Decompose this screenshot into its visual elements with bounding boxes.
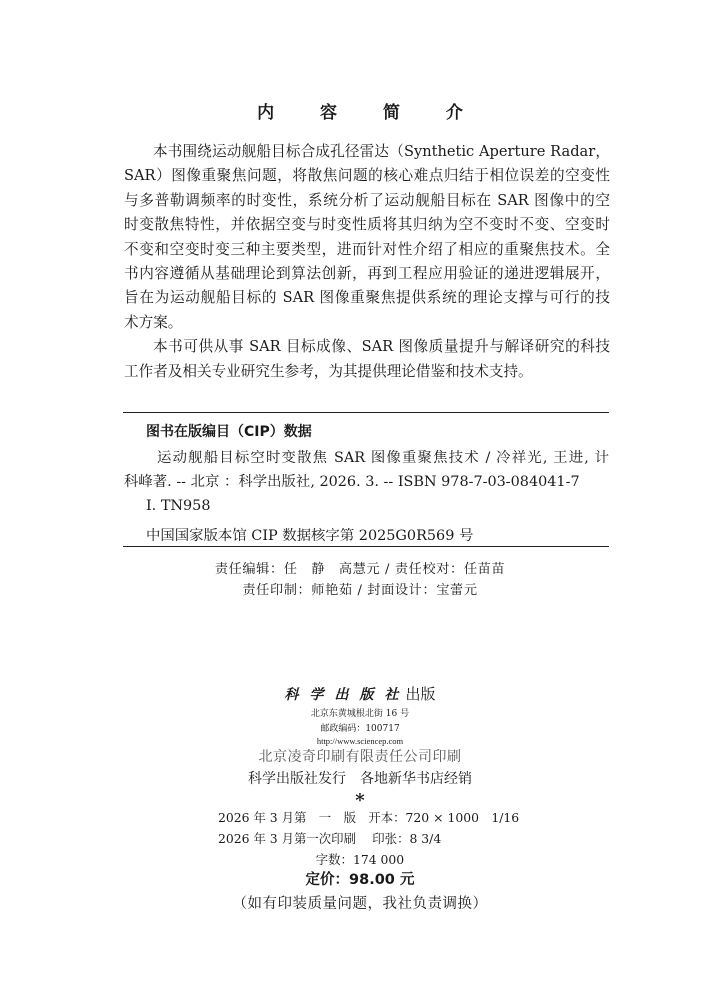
printer: 北京凌奇印刷有限责任公司印刷 [0, 746, 720, 766]
publisher-logo: 科学出版社 [284, 687, 409, 703]
summary-line: 与多普勒调频率的时变性，系统分析了运动舰船目标在 SAR 图像中的空 [124, 189, 610, 213]
summary-paragraph-2: 本书可供从事 SAR 目标成像、SAR 图像质量提升与解译研究的科技 工作者及相… [124, 335, 610, 384]
price: 定价：98.00 元 [0, 868, 720, 889]
summary-line: SAR）图像重聚焦问题，将散焦问题的核心难点归结于相位误差的空变性 [124, 164, 610, 188]
publisher-line: 科学出版社出版 [0, 683, 720, 704]
cip-top-rule [123, 412, 609, 413]
publisher-url[interactable]: http://www.sciencep.com [0, 736, 720, 746]
cip-entry-line-2: 科峰著. -- 北京 ：科学出版社, 2026. 3. -- ISBN 978-… [124, 470, 580, 491]
summary-line: 本书围绕运动舰船目标合成孔径雷达（Synthetic Aperture Rada… [124, 140, 610, 164]
cip-number: 中国国家版本馆 CIP 数据核字第 2025G0R569 号 [146, 524, 473, 545]
print-line: 2026 年 3 月第一次印刷 印张：8 3/4 [218, 829, 441, 847]
publisher-address: 北京东黄城根北街 16 号 [0, 706, 720, 719]
cip-bottom-rule [123, 546, 609, 547]
responsible-printing-design: 责任印制：师艳茹 / 封面设计：宝蕾元 [0, 579, 720, 598]
edition-line: 2026 年 3 月第 一 版 开本：720 × 1000 1/16 [218, 808, 519, 826]
quality-note: （如有印装质量问题，我社负责调换） [0, 892, 720, 913]
summary-body: 本书围绕运动舰船目标合成孔径雷达（Synthetic Aperture Rada… [124, 140, 610, 384]
distribution: 科学出版社发行 各地新华书店经销 [0, 768, 720, 788]
summary-line: 工作者及相关专业研究生参考，为其提供理论借鉴和技术支持。 [124, 360, 610, 384]
summary-line: 不变和空变时变三种主要类型，进而针对性介绍了相应的重聚焦技术。全 [124, 238, 610, 262]
cip-entry: 运动舰船目标空时变散焦 SAR 图像重聚焦技术 / 冷祥光, 王进, 计 [157, 446, 609, 467]
word-count: 字数：174 000 [0, 850, 720, 868]
responsible-editors: 责任编辑：任 静 高慧元 / 责任校对：任苗苗 [0, 558, 720, 577]
cip-heading: 图书在版编目（CIP）数据 [146, 421, 312, 441]
summary-paragraph-1: 本书围绕运动舰船目标合成孔径雷达（Synthetic Aperture Rada… [124, 140, 610, 335]
summary-line: 术方案。 [124, 311, 610, 335]
cip-classification: Ⅰ. TN958 [146, 498, 211, 514]
publisher-suffix: 出版 [405, 685, 435, 703]
cip-entry-line-1: 运动舰船目标空时变散焦 SAR 图像重聚焦技术 / 冷祥光, 王进, 计 [157, 446, 609, 467]
summary-line: 本书可供从事 SAR 目标成像、SAR 图像质量提升与解译研究的科技 [124, 335, 610, 359]
copyright-page: 内 容 简 介 本书围绕运动舰船目标合成孔径雷达（Synthetic Apert… [0, 0, 720, 1000]
summary-title: 内 容 简 介 [0, 98, 720, 123]
summary-line: 时变散焦特性，并依据空变与时变性质将其归纳为空不变时不变、空变时 [124, 213, 610, 237]
publisher-postcode: 邮政编码：100717 [0, 721, 720, 734]
summary-line: 书内容遵循从基础理论到算法创新，再到工程应用验证的递进逻辑展开， [124, 262, 610, 286]
summary-line: 旨在为运动舰船目标的 SAR 图像重聚焦提供系统的理论支撑与可行的技 [124, 286, 610, 310]
